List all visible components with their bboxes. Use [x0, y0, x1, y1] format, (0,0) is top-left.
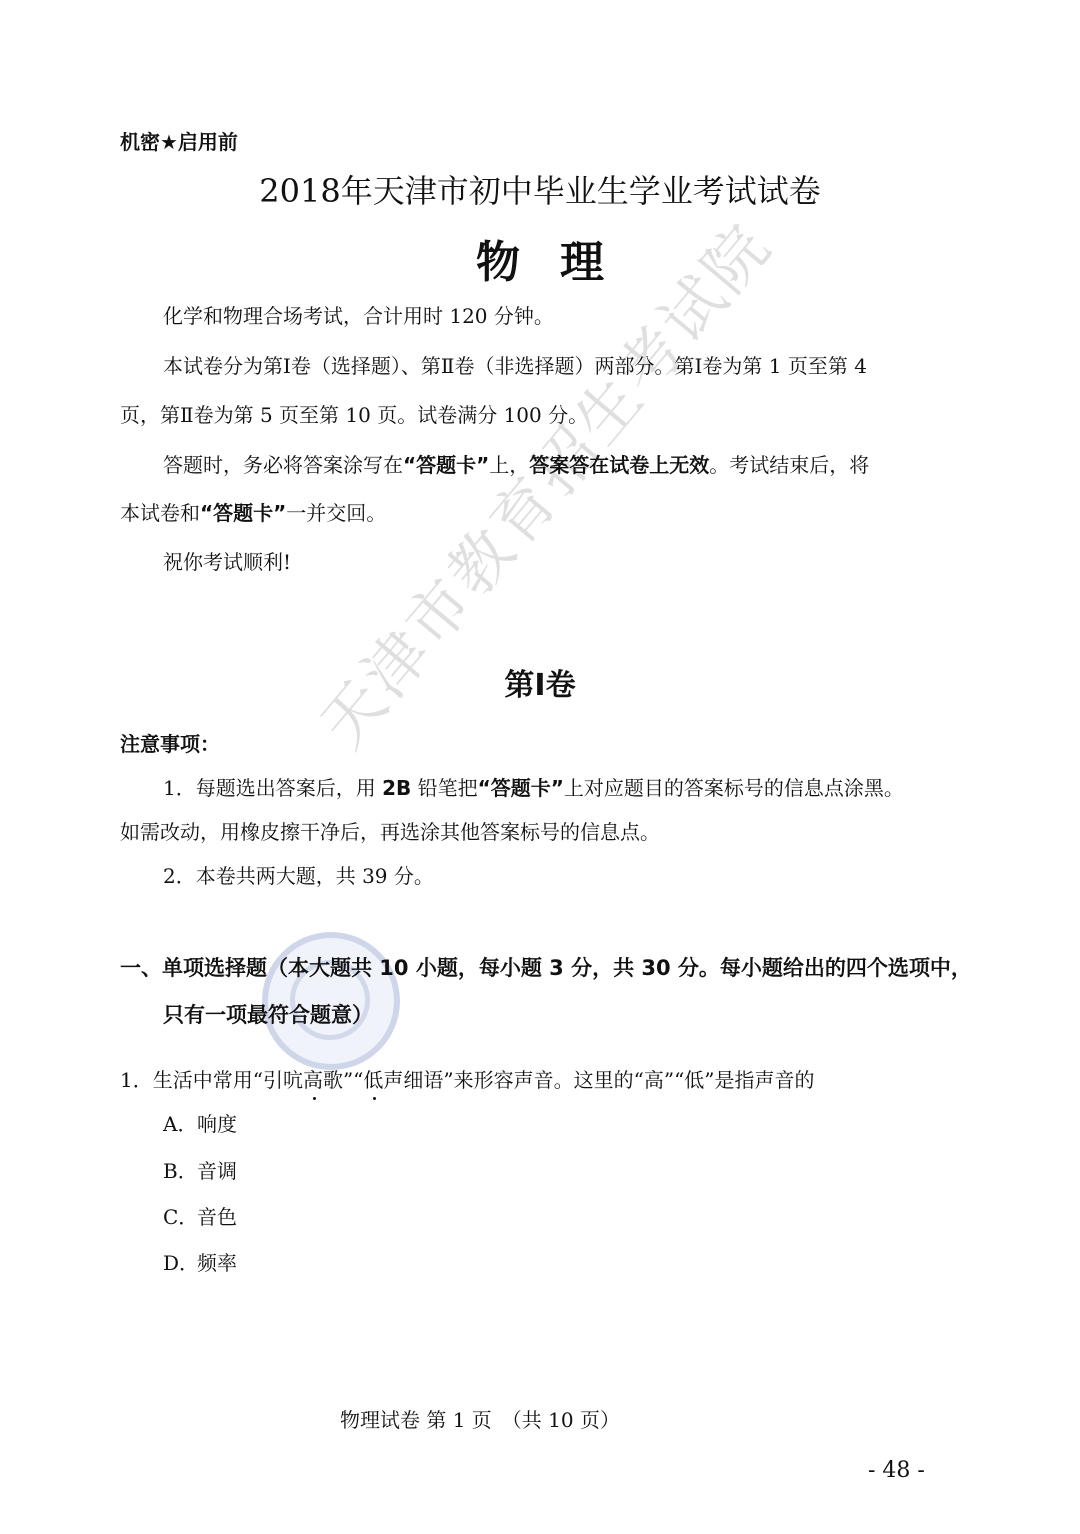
- notice-item-1-cont: 如需改动，用橡皮擦干净后，再选涂其他答案标号的信息点。: [120, 816, 660, 845]
- text: 1．每题选出答案后，用: [163, 776, 376, 800]
- text: 声细语”来形容声音。这里的“高”“低”是指声音的: [383, 1068, 814, 1092]
- text: 。考试结束后，将: [709, 453, 869, 477]
- option-text: 响度: [197, 1112, 237, 1136]
- option-letter: A．: [163, 1108, 197, 1137]
- section-heading-line1: 一、单项选择题（本大题共 10 小题，每小题 3 分，共 30 分。每小题给出的…: [120, 952, 972, 982]
- answer-card-bold: “答题卡”: [200, 501, 286, 525]
- emphasis-char: 高: [303, 1068, 323, 1092]
- text: 歌”“: [323, 1068, 363, 1092]
- notice-item-2: 2．本卷共两大题，共 39 分。: [163, 860, 434, 889]
- intro-structure-2: 页，第Ⅱ卷为第 5 页至第 10 页。试卷满分 100 分。: [120, 399, 588, 428]
- emphasis-char: 低: [363, 1068, 383, 1092]
- answer-card-bold: “答题卡”: [403, 453, 489, 477]
- text: 上，: [489, 453, 529, 477]
- option-letter: D．: [163, 1247, 197, 1276]
- notice-heading: 注意事项：: [120, 728, 220, 757]
- option-letter: B．: [163, 1155, 197, 1184]
- intro-time: 化学和物理合场考试，合计用时 120 分钟。: [163, 300, 554, 329]
- option-c: C．音色: [163, 1201, 237, 1230]
- option-letter: C．: [163, 1201, 197, 1230]
- answer-card-bold: “答题卡”: [478, 776, 564, 800]
- option-a: A．响度: [163, 1108, 237, 1137]
- option-text: 音调: [197, 1159, 237, 1183]
- page-number: - 48 -: [868, 1458, 925, 1483]
- exam-title: 2018年天津市初中毕业生学业考试试卷: [0, 166, 1080, 212]
- notice-item-1: 1．每题选出答案后，用 2B 铅笔把“答题卡”上对应题目的答案标号的信息点涂黑。: [163, 772, 904, 801]
- text: 答题时，务必将答案涂写在: [163, 453, 403, 477]
- confidential-label: 机密★启用前: [120, 126, 238, 155]
- option-text: 音色: [197, 1205, 237, 1229]
- option-b: B．音调: [163, 1155, 237, 1184]
- option-text: 频率: [197, 1251, 237, 1275]
- text: 1．生活中常用“引吭: [120, 1068, 303, 1092]
- question-1-stem: 1．生活中常用“引吭高歌”“低声细语”来形容声音。这里的“高”“低”是指声音的: [120, 1064, 815, 1093]
- text: 铅笔把: [418, 776, 478, 800]
- intro-good-luck: 祝你考试顺利!: [163, 546, 291, 575]
- part-title: 第Ⅰ卷: [0, 660, 1080, 704]
- intro-answer-rule-1: 答题时，务必将答案涂写在“答题卡”上，答案答在试卷上无效。考试结束后，将: [163, 449, 869, 478]
- text: 一并交回。: [286, 501, 386, 525]
- intro-answer-rule-2: 本试卷和“答题卡”一并交回。: [120, 497, 386, 526]
- invalid-warning-bold: 答案答在试卷上无效: [529, 453, 709, 477]
- option-d: D．频率: [163, 1247, 237, 1276]
- text: 本试卷和: [120, 501, 200, 525]
- section-heading-line2: 只有一项最符合题意）: [163, 999, 373, 1029]
- intro-structure-1: 本试卷分为第Ⅰ卷（选择题）、第Ⅱ卷（非选择题）两部分。第Ⅰ卷为第 1 页至第 4: [163, 350, 867, 379]
- text: 上对应题目的答案标号的信息点涂黑。: [564, 776, 904, 800]
- subject-title: 物理: [0, 226, 1080, 290]
- page-footer: 物理试卷 第 1 页 （共 10 页）: [340, 1404, 620, 1433]
- pencil-grade-bold: 2B: [382, 776, 411, 800]
